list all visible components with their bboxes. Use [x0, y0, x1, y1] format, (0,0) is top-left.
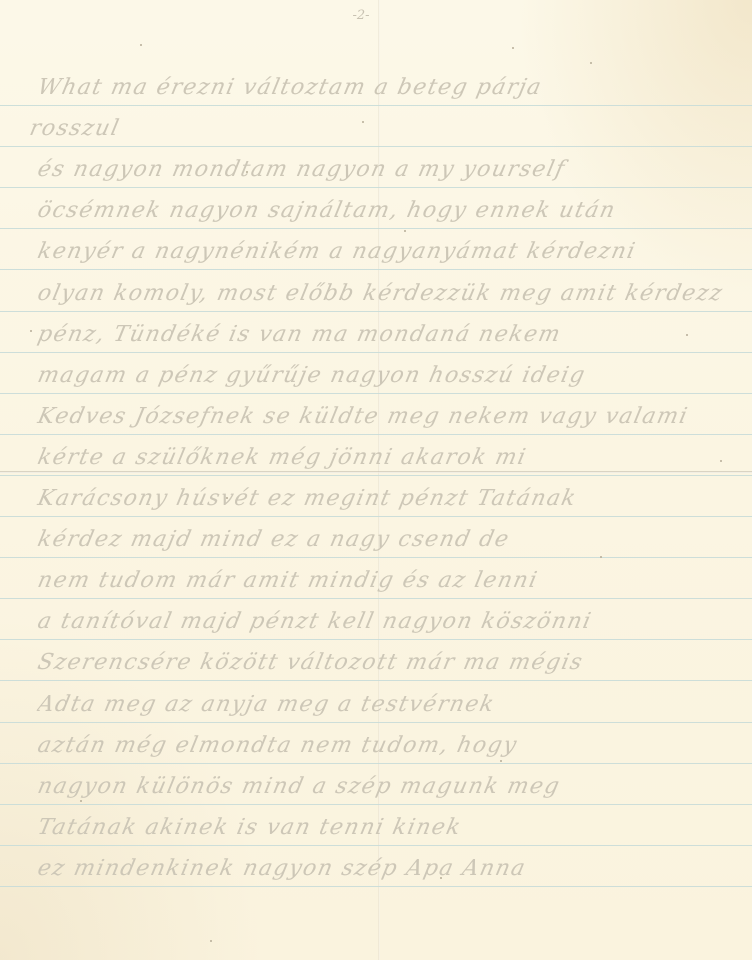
ruled-line — [0, 475, 752, 476]
paper-speck — [80, 800, 82, 802]
handwritten-line: olyan komoly, most előbb kérdezzük meg a… — [35, 281, 740, 306]
horizontal-fold-crease — [0, 471, 752, 473]
ruled-line — [0, 557, 752, 558]
handwritten-line: What ma érezni változtam a beteg párja — [35, 75, 740, 100]
ruled-line — [0, 269, 752, 270]
letter-page: -2- What ma érezni változtam a beteg pár… — [0, 0, 752, 960]
paper-speck — [246, 171, 248, 173]
handwritten-line: Tatának akinek is van tenni kinek — [35, 815, 740, 840]
handwritten-line: magam a pénz gyűrűje nagyon hosszú ideig — [35, 363, 740, 388]
handwritten-line: és nagyon mondtam nagyon a my yourself — [35, 157, 740, 182]
handwritten-line: rosszul — [27, 116, 732, 141]
paper-speck — [500, 760, 502, 762]
paper-speck — [362, 121, 364, 123]
handwritten-line: Kedves Józsefnek se küldte meg nekem vag… — [35, 404, 740, 429]
handwritten-line: öcsémnek nagyon sajnáltam, hogy ennek ut… — [35, 198, 740, 223]
paper-speck — [720, 460, 722, 462]
paper-speck — [512, 47, 514, 49]
ruled-line — [0, 352, 752, 353]
paper-speck — [440, 877, 442, 879]
paper-speck — [210, 940, 212, 942]
handwritten-line: kenyér a nagynénikém a nagyanyámat kérde… — [35, 239, 740, 264]
handwritten-line: kérdez majd mind ez a nagy csend de — [35, 527, 740, 552]
handwritten-line: Szerencsére között változott már ma mégi… — [35, 650, 740, 675]
ruled-line — [0, 639, 752, 640]
ruled-line — [0, 187, 752, 188]
handwritten-line: pénz, Tündéké is van ma mondaná nekem — [35, 322, 740, 347]
ruled-line — [0, 105, 752, 106]
handwritten-line: nem tudom már amit mindig és az lenni — [35, 568, 740, 593]
handwritten-line: aztán még elmondta nem tudom, hogy — [35, 733, 740, 758]
paper-speck — [404, 230, 406, 232]
ruled-line — [0, 228, 752, 229]
paper-speck — [140, 44, 142, 46]
ruled-line — [0, 845, 752, 846]
handwritten-line: Adta meg az anyja meg a testvérnek — [35, 692, 740, 717]
ruled-line — [0, 434, 752, 435]
handwritten-line: Karácsony húsvét ez megint pénzt Tatának — [35, 486, 740, 511]
ruled-line — [0, 516, 752, 517]
ruled-line — [0, 804, 752, 805]
ruled-line — [0, 722, 752, 723]
ruled-line — [0, 393, 752, 394]
ruled-line — [0, 763, 752, 764]
paper-speck — [30, 330, 32, 332]
ruled-line — [0, 886, 752, 887]
paper-speck — [600, 556, 602, 558]
ruled-line — [0, 311, 752, 312]
handwritten-line: nagyon különös mind a szép magunk meg — [35, 774, 740, 799]
handwritten-line: ez mindenkinek nagyon szép Apa Anna — [35, 856, 740, 881]
page-number: -2- — [346, 8, 376, 23]
ruled-line — [0, 680, 752, 681]
handwritten-line: kérte a szülőknek még jönni akarok mi — [35, 445, 740, 470]
handwritten-line: a tanítóval majd pénzt kell nagyon köszö… — [35, 609, 740, 634]
paper-speck — [590, 62, 592, 64]
paper-speck — [226, 497, 228, 499]
paper-speck — [686, 334, 688, 336]
ruled-line — [0, 598, 752, 599]
ruled-line — [0, 146, 752, 147]
